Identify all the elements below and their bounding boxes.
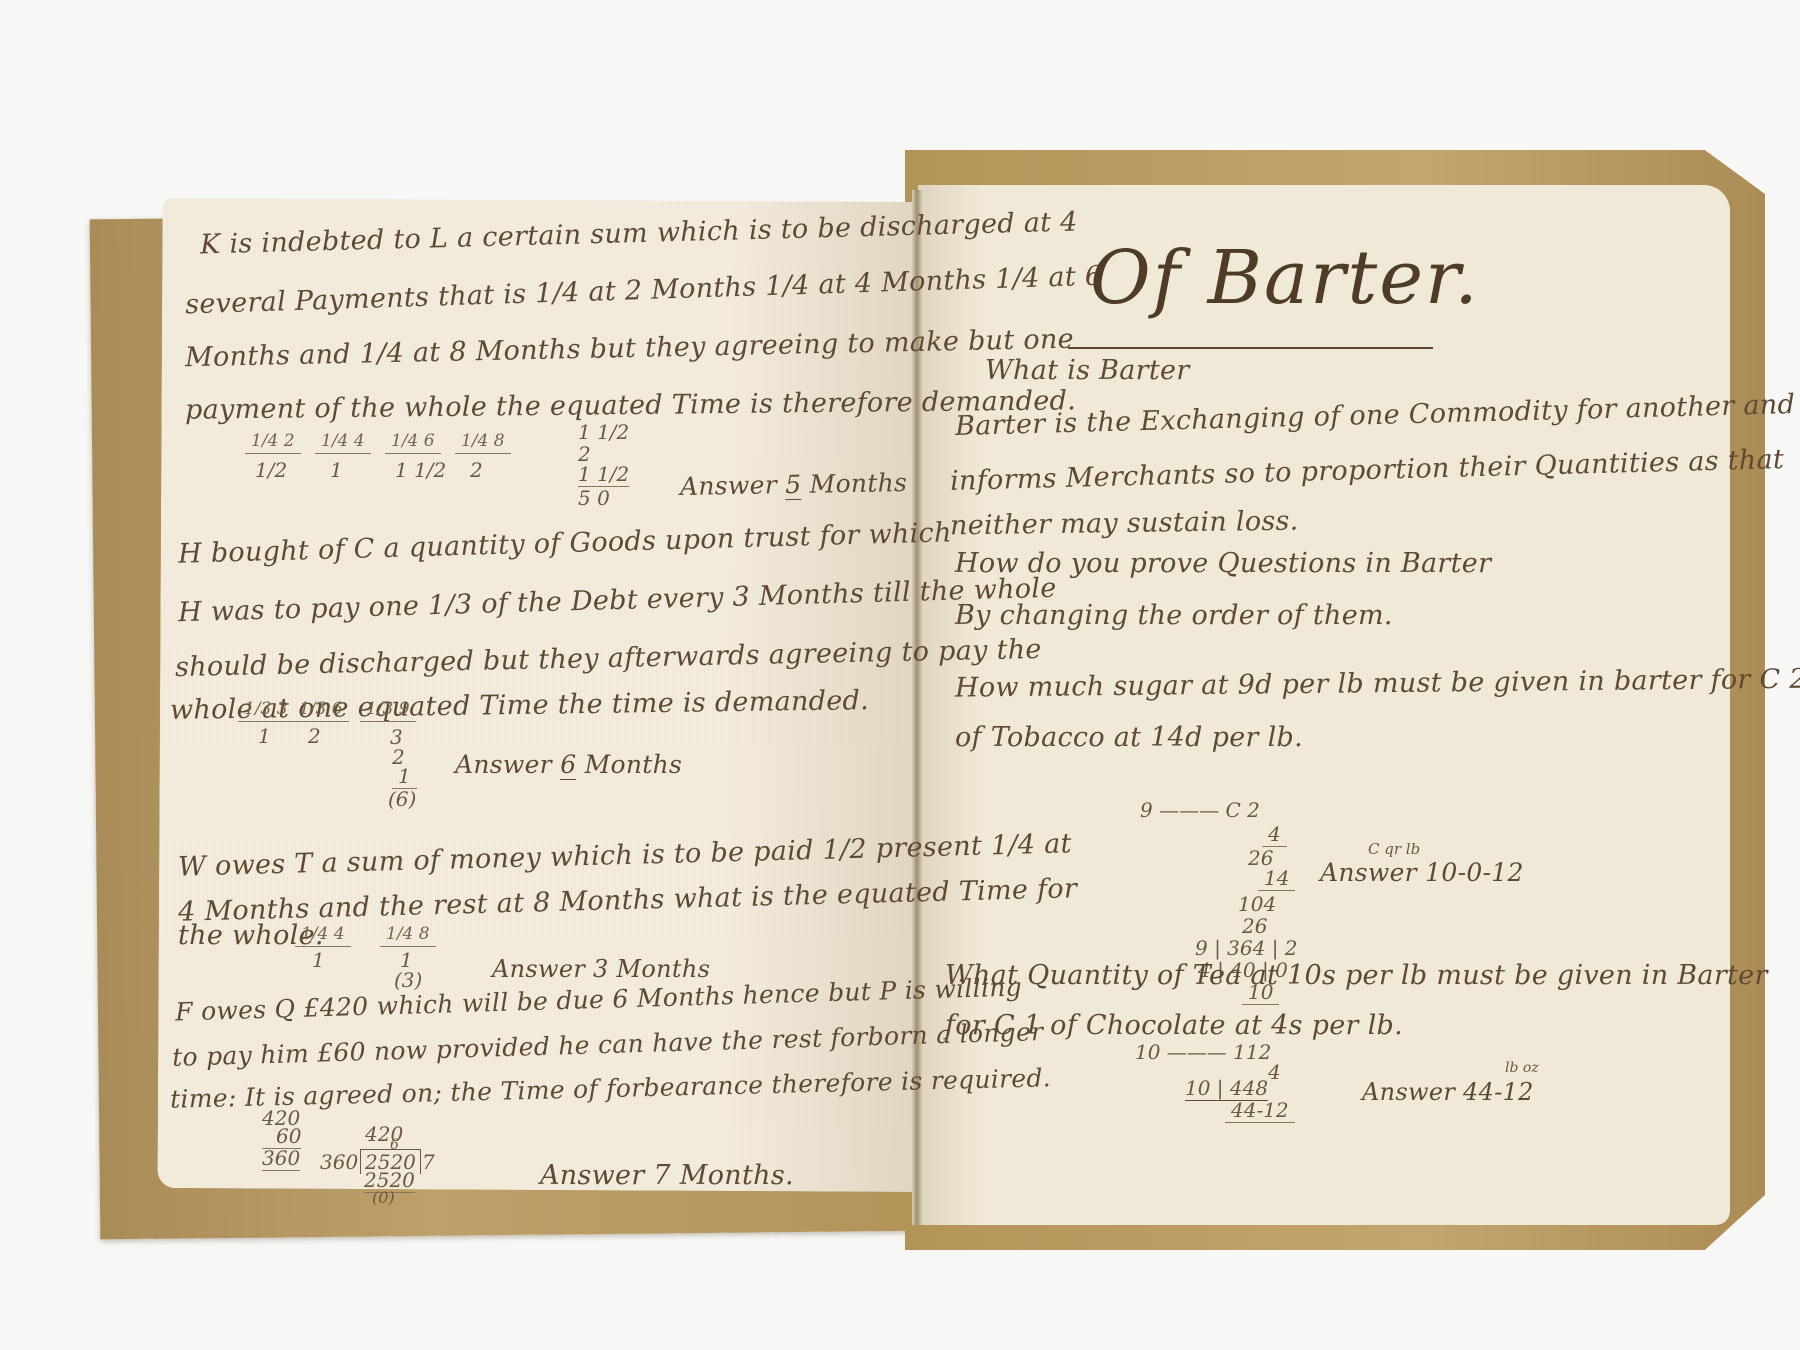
fraction-working: 1/4 4: [315, 432, 371, 454]
fraction-working: 1/3 6: [293, 700, 349, 722]
answer-line: Answer 3 Months: [492, 955, 710, 983]
working-line: 9 ——— C 2: [1140, 798, 1260, 822]
sum-line: 1: [392, 764, 417, 789]
working-line: 9 | 364 | 2: [1195, 936, 1298, 960]
fraction-result: 2: [470, 458, 483, 482]
sum-line: 1 1/2: [578, 462, 629, 487]
fraction-result: 1: [312, 948, 325, 972]
answer-line: Answer 7 Months.: [540, 1160, 794, 1191]
answer-label: Answer: [680, 470, 777, 501]
quotient: 7: [422, 1150, 435, 1174]
answer-units: C qr lb: [1368, 840, 1420, 858]
fraction-result: 1: [258, 724, 271, 748]
sum-total: (3): [394, 968, 422, 992]
fraction-working: 1/4 6: [385, 432, 441, 454]
text-line: What Quantity of Tea at 10s per lb must …: [945, 960, 1768, 991]
fraction-working: 1/4 2: [245, 432, 301, 454]
answer-unit: Months: [585, 750, 683, 779]
divisor: 360: [320, 1150, 358, 1174]
working-line: 26: [1242, 914, 1267, 938]
answer-line: Answer 44-12: [1362, 1078, 1534, 1106]
working-line: 4: [1262, 822, 1287, 847]
answer-label: Answer: [455, 750, 552, 779]
remainder: (0): [372, 1188, 395, 1207]
subtraction-result: 360: [262, 1146, 300, 1171]
answer-unit: Months: [809, 468, 907, 499]
page-title: Of Barter.: [1090, 235, 1480, 321]
fraction-working: 1/4 8: [380, 925, 436, 947]
working-line: 4: [1268, 1060, 1281, 1084]
answer-value: 6: [560, 750, 576, 780]
working-line: 10 ——— 112: [1135, 1040, 1271, 1064]
question-line: What is Barter: [985, 355, 1190, 386]
answer-line: Answer 5 Months: [680, 468, 908, 501]
answer-text-line: neither may sustain loss.: [950, 506, 1299, 542]
fraction-result: 1: [330, 458, 343, 482]
question-line: How do you prove Questions in Barter: [955, 548, 1491, 579]
working-line: 10 | 448: [1185, 1076, 1268, 1100]
fraction-result: 1/2: [255, 458, 287, 482]
answer-units: lb oz: [1505, 1060, 1539, 1076]
fraction-working: 1/4 8: [455, 432, 511, 454]
working-line: 44-12: [1225, 1098, 1295, 1123]
sum-total: 5 0: [578, 486, 610, 510]
answer-line: Answer 10-0-12: [1320, 858, 1524, 887]
fraction-working: 1/3 3: [238, 700, 294, 722]
sum-total: (6): [388, 787, 416, 811]
working-line: 14: [1258, 866, 1295, 891]
text-line: for C 1 of Chocolate at 4s per lb.: [945, 1010, 1403, 1041]
sum-line: 1 1/2: [578, 420, 629, 444]
text-line: of Tobacco at 14d per lb.: [955, 722, 1303, 753]
answer-value: 5: [785, 470, 802, 500]
fraction-working: 1/3 9: [360, 700, 416, 722]
title-underline: [1068, 347, 1433, 349]
fraction-result: 1 1/2: [395, 458, 446, 482]
answer-line: Answer 6 Months: [455, 750, 682, 779]
working-line: 104: [1238, 892, 1276, 916]
answer-text-line: By changing the order of them.: [955, 600, 1393, 631]
fraction-working: 1/4 4: [295, 925, 351, 947]
fraction-result: 2: [308, 724, 321, 748]
